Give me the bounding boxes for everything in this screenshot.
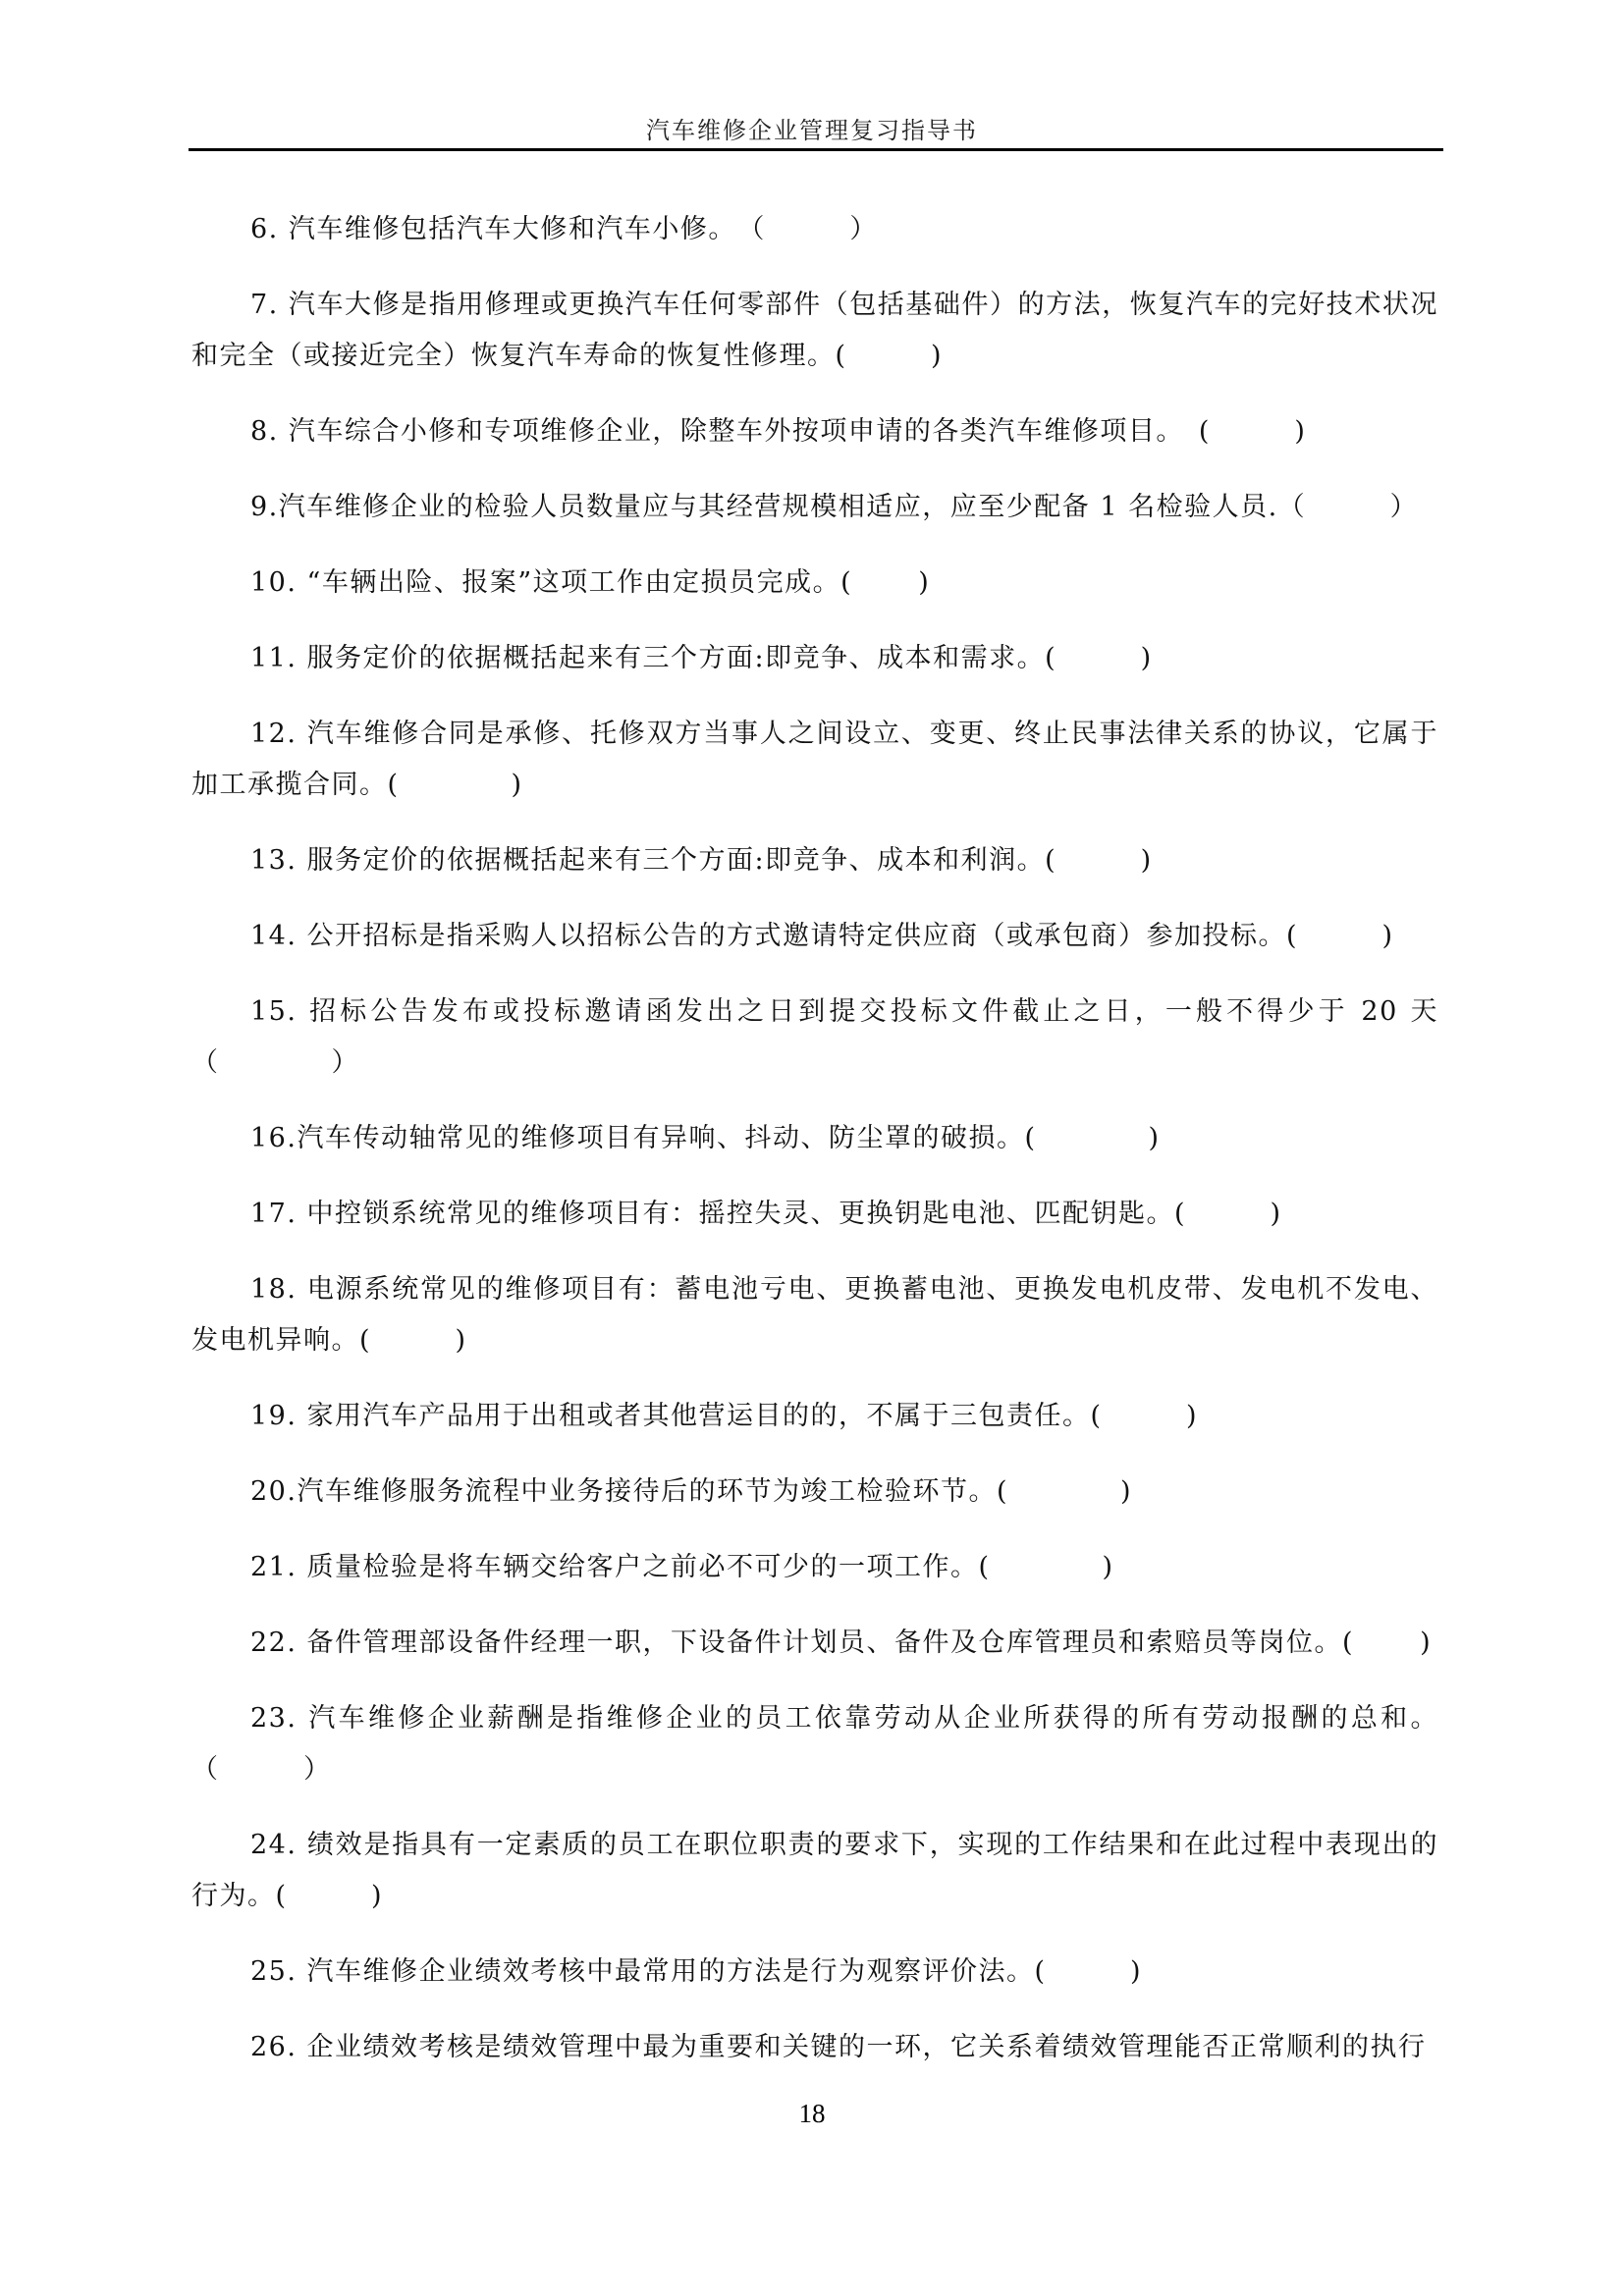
question-item-20: 20.汽车维修服务流程中业务接待后的环节为竣工检验环节。( ) [191,1467,1438,1518]
question-list: 6. 汽车维修包括汽车大修和汽车小修。 （ ） 7. 汽车大修是指用修理或更换汽… [191,204,1438,2098]
header-rule-divider [189,148,1443,151]
question-item-7: 7. 汽车大修是指用修理或更换汽车任何零部件（包括基础件）的方法，恢复汽车的完好… [191,280,1438,382]
question-item-6: 6. 汽车维修包括汽车大修和汽车小修。 （ ） [191,204,1438,255]
question-item-26: 26. 企业绩效考核是绩效管理中最为重要和关键的一环，它关系着绩效管理能否正常顺… [191,2022,1438,2073]
question-item-12: 12. 汽车维修合同是承修、托修双方当事人之间设立、变更、终止民事法律关系的协议… [191,709,1438,811]
question-item-10: 10. “车辆出险、报案”这项工作由定损员完成。( ) [191,558,1438,609]
question-item-21: 21. 质量检验是将车辆交给客户之前必不可少的一项工作。( ) [191,1542,1438,1593]
question-item-16: 16.汽车传动轴常见的维修项目有异响、抖动、防尘罩的破损。( ) [191,1113,1438,1164]
question-item-25: 25. 汽车维修企业绩效考核中最常用的方法是行为观察评价法。( ) [191,1947,1438,1998]
question-item-17: 17. 中控锁系统常见的维修项目有：摇控失灵、更换钥匙电池、匹配钥匙。( ) [191,1189,1438,1240]
question-item-23: 23. 汽车维修企业薪酬是指维修企业的员工依靠劳动从企业所获得的所有劳动报酬的总… [191,1693,1438,1795]
question-item-22: 22. 备件管理部设备件经理一职，下设备件计划员、备件及仓库管理员和索赔员等岗位… [191,1618,1438,1669]
question-item-15: 15. 招标公告发布或投标邀请函发出之日到提交投标文件截止之日，一般不得少于 2… [191,987,1438,1089]
running-header-title: 汽车维修企业管理复习指导书 [0,115,1624,146]
question-item-9: 9.汽车维修企业的检验人员数量应与其经营规模相适应，应至少配备 1 名检验人员.… [191,482,1438,533]
question-item-19: 19. 家用汽车产品用于出租或者其他营运目的的，不属于三包责任。( ) [191,1391,1438,1442]
question-item-11: 11. 服务定价的依据概括起来有三个方面:即竞争、成本和需求。( ) [191,633,1438,684]
question-item-14: 14. 公开招标是指采购人以招标公告的方式邀请特定供应商（或承包商）参加投标。(… [191,911,1438,962]
page-number: 18 [0,2099,1624,2129]
question-item-18: 18. 电源系统常见的维修项目有：蓄电池亏电、更换蓄电池、更换发电机皮带、发电机… [191,1264,1438,1366]
question-item-8: 8. 汽车综合小修和专项维修企业，除整车外按项申请的各类汽车维修项目。 ( ) [191,406,1438,457]
question-item-24: 24. 绩效是指具有一定素质的员工在职位职责的要求下，实现的工作结果和在此过程中… [191,1820,1438,1922]
question-item-13: 13. 服务定价的依据概括起来有三个方面:即竞争、成本和利润。( ) [191,835,1438,886]
